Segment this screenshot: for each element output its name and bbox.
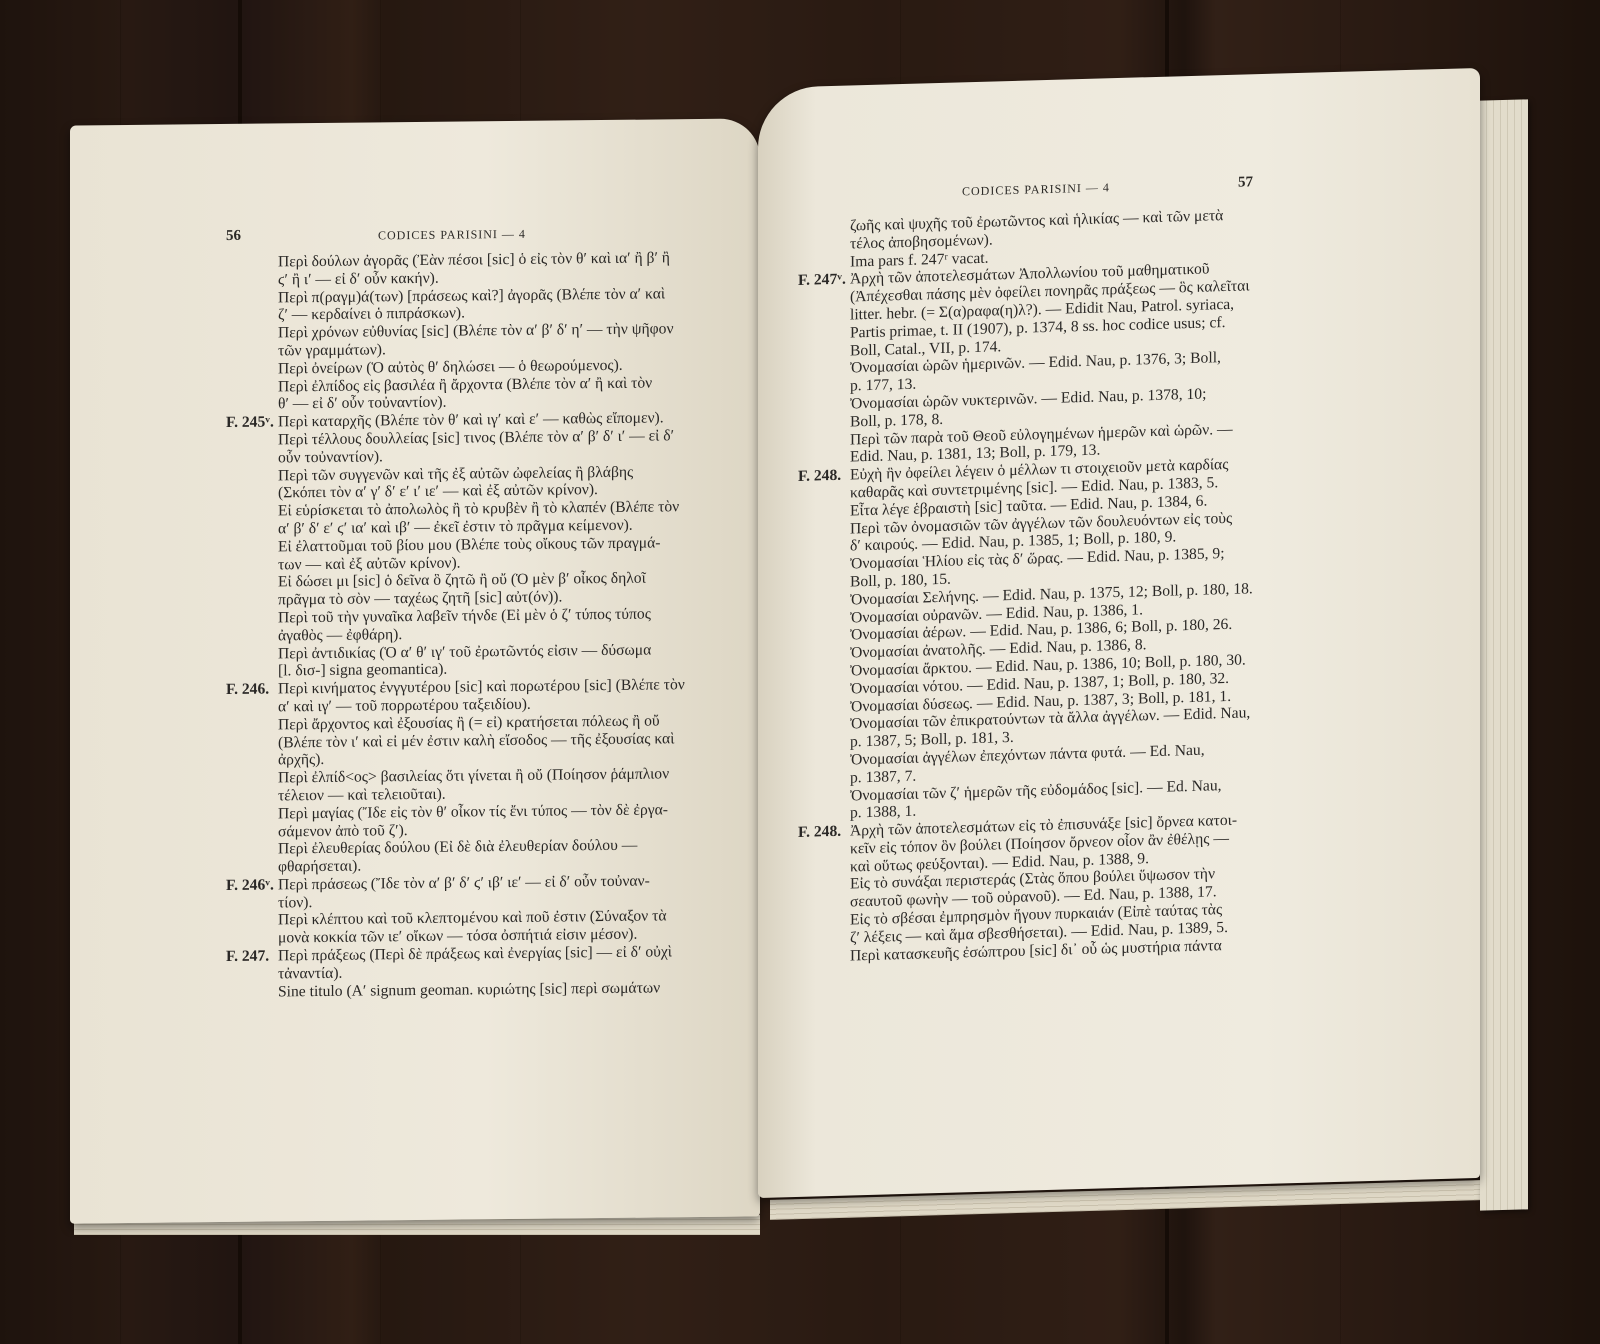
line-text: αʹ καὶ ιγʹ — τοῦ πορρωτέρου ταξειδίου).: [278, 696, 531, 716]
left-text-column: Περὶ δούλων ἀγορᾶς (Ἐὰν πέσοι [sic] ὁ εἰ…: [278, 249, 698, 1001]
folio-marker: F. 246.: [226, 681, 269, 699]
right-page: CODICES PARISINI — 4 57 ζωῆς καὶ ψυχῆς τ…: [758, 68, 1480, 1198]
line-text: τῶν γραμμάτων).: [278, 341, 386, 359]
page-number: 57: [1238, 174, 1253, 191]
line-text: Boll, p. 180, 15.: [850, 571, 951, 591]
line-text: ἀρχῆς).: [278, 751, 324, 768]
right-text-column: ζωῆς καὶ ψυχῆς τοῦ ἐρωτῶντος καὶ ἡλικίας…: [850, 205, 1300, 965]
line-text: θʹ — εἰ δʹ οὖν τοὐναντίον).: [278, 394, 447, 413]
line-text: τίον).: [278, 894, 312, 911]
line-text: σάμενον ἀπὸ τοῦ ζʹ).: [278, 822, 408, 840]
page-edges: [1480, 99, 1528, 1210]
folio-marker: F. 247.: [226, 948, 269, 966]
folio-marker: F. 248.: [798, 467, 841, 486]
line-text: Sine titulo (Aʹ signum geoman. κυριώτης …: [278, 979, 660, 1000]
line-text: ἀγαθὸς — ἐφθάρη).: [278, 626, 402, 644]
line-text: ϛʹ ἢ ιʹ — εἰ δʹ οὖν κακήν).: [278, 270, 439, 289]
running-head: CODICES PARISINI — 4: [962, 180, 1110, 199]
line-text: ζʹ — κερδαίνει ὁ πιπράσκων).: [278, 305, 465, 324]
text-line: Sine titulo (Aʹ signum geoman. κυριώτης …: [278, 979, 698, 1001]
line-text: τέλειον — καὶ τελειοῦται).: [278, 786, 446, 805]
left-page: 56 CODICES PARISINI — 4 Περὶ δούλων ἀγορ…: [70, 118, 760, 1223]
line-text: p. 1388, 1.: [850, 803, 916, 822]
line-text: φθαρήσεται).: [278, 858, 361, 876]
line-text: οὖν τοὐναντίον).: [278, 448, 383, 466]
folio-marker: F. 248.: [798, 823, 841, 842]
folio-marker: F. 246ᵛ.: [226, 876, 274, 894]
line-text: τἀναντία).: [278, 965, 342, 983]
line-text: [l. δισ-] signa geomantica).: [278, 661, 447, 680]
page-number: 56: [226, 228, 241, 245]
line-text: Boll, p. 178, 8.: [850, 411, 943, 431]
folio-marker: F. 245ᵛ.: [226, 414, 274, 432]
line-text: p. 1387, 7.: [850, 767, 916, 786]
line-text: p. 177, 13.: [850, 376, 916, 395]
folio-marker: F. 247ᵛ.: [798, 271, 846, 290]
running-head: CODICES PARISINI — 4: [378, 227, 526, 244]
line-text: των — καὶ ἐξ αὐτῶν κρίνον).: [278, 554, 461, 573]
line-text: πρᾶγμα τὸ σὸν — ταχέως ζητῆ [sic] αὐτ(όν…: [278, 589, 562, 609]
